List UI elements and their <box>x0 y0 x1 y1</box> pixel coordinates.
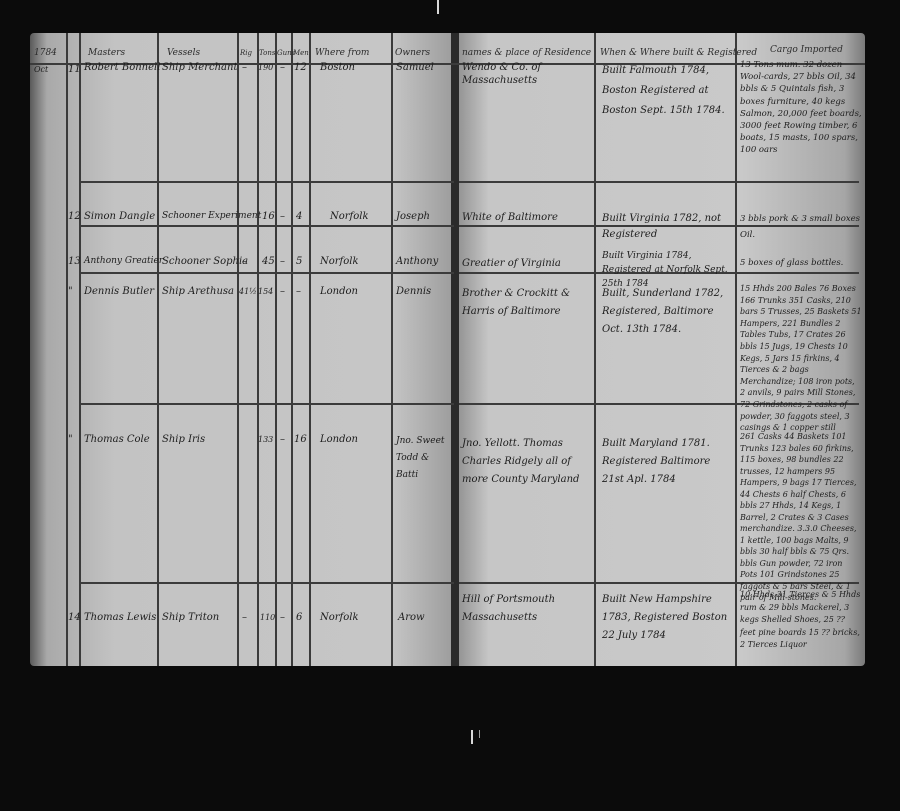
row4-built: Built, Sunderland 1782, Registered, Balt… <box>602 285 732 339</box>
row2-cargo: 3 bbls pork & 3 small boxes Oil. <box>740 211 862 243</box>
header-vessels: Vessels <box>167 47 200 60</box>
header-rig: Rig <box>240 47 252 60</box>
book-gutter <box>451 33 459 666</box>
rule <box>79 33 81 666</box>
row-rule <box>79 272 454 274</box>
row2-built: Built Virginia 1782, not Registered <box>602 211 732 243</box>
row2-day: 12 <box>68 210 81 223</box>
row4-cargo: 15 Hhds 200 Bales 76 Boxes 166 Trunks 35… <box>740 283 862 434</box>
row3-master: Anthony Greatier <box>84 255 163 268</box>
row3-day: 13 <box>68 255 81 268</box>
row1-day: 11 <box>68 63 81 76</box>
row3-from: Norfolk <box>320 255 359 268</box>
row4-residence: Brother & Crockitt & Harris of Baltimore <box>462 285 592 321</box>
row1-guns: – <box>280 61 285 74</box>
row6-guns: – <box>280 611 285 624</box>
row5-from: London <box>320 433 358 446</box>
row2-residence: White of Baltimore <box>462 211 592 224</box>
row6-from: Norfolk <box>320 611 359 624</box>
header-owners: Owners <box>395 47 430 60</box>
row4-tons: 154 <box>258 285 273 298</box>
row6-built: Built New Hampshire 1783, Registered Bos… <box>602 591 732 645</box>
row5-guns: – <box>280 433 285 446</box>
row1-tons: 190 <box>258 61 273 74</box>
row6-vessel: Ship Triton <box>162 611 219 624</box>
row4-guns: – <box>280 285 285 298</box>
row2-tons: 16 <box>262 210 275 223</box>
row4-rig: 41½ <box>239 285 257 298</box>
film-mark-bottom <box>471 730 473 744</box>
row5-owner: Jno. Sweet Todd & Batti <box>396 433 448 484</box>
header-date: 1784 <box>34 47 57 60</box>
row6-tons: 110 <box>260 611 275 624</box>
row1-vessel: Ship Merchant <box>162 61 237 74</box>
row3-owner: Anthony <box>396 255 438 268</box>
row1-from: Boston <box>320 61 355 74</box>
row6-owner: Arow <box>398 611 425 624</box>
row3-cargo: 5 boxes of glass bottles. <box>740 257 862 269</box>
rule <box>275 33 277 666</box>
row5-built: Built Maryland 1781. Registered Baltimor… <box>602 435 732 489</box>
row4-vessel: Ship Arethusa <box>162 285 234 298</box>
header-men: Men <box>293 47 309 60</box>
film-mark-top <box>437 0 439 14</box>
row2-men: 4 <box>296 210 302 223</box>
row1-cargo: 13 Tons mum. 32 dozen Wool-cards, 27 bbl… <box>740 59 862 157</box>
row5-men: 16 <box>294 433 307 446</box>
row1-rig: – <box>242 61 247 74</box>
rule <box>735 33 737 666</box>
row6-men: 6 <box>296 611 302 624</box>
row2-owner: Joseph <box>396 210 430 223</box>
row5-tons: 133 <box>258 433 273 446</box>
row2-master: Simon Dangle <box>84 210 155 223</box>
row-rule <box>79 181 454 183</box>
rule <box>594 33 596 666</box>
row3-men: 5 <box>296 255 302 268</box>
row5-master: Thomas Cole <box>84 433 150 446</box>
row6-cargo: 10 Hhds 31 Tierces & 5 Hhds rum & 29 bbl… <box>740 589 862 652</box>
rule <box>157 33 159 666</box>
row2-guns: – <box>280 210 285 223</box>
row4-from: London <box>320 285 358 298</box>
row4-men: – <box>296 285 301 298</box>
ledger-book: 1784 Masters Vessels Rig Tons Guns Men W… <box>30 33 865 666</box>
row3-rig: – <box>242 255 247 268</box>
row1-master: Robert Bonnell <box>84 61 160 74</box>
header-tons: Tons <box>259 47 275 60</box>
row1-residence: Wendo & Co. of Massachusetts <box>462 61 592 87</box>
header-built-registered: When & Where built & Registered <box>600 47 757 60</box>
rule <box>309 33 311 666</box>
row5-cargo: 261 Casks 44 Baskets 101 Trunks 123 bale… <box>740 431 862 604</box>
rule <box>391 33 393 666</box>
row2-vessel: Schooner Experiment <box>162 210 261 223</box>
row3-vessel: Schooner Sophia <box>162 255 248 268</box>
rule <box>257 33 259 666</box>
rule <box>66 33 68 666</box>
row2-from: Norfolk <box>330 210 369 223</box>
rule <box>237 33 239 666</box>
row4-master: Dennis Butler <box>84 285 154 298</box>
row4-owner: Dennis <box>396 285 431 298</box>
header-masters: Masters <box>88 47 125 60</box>
row3-guns: – <box>280 255 285 268</box>
row4-day: " <box>68 285 73 298</box>
film-mark-bottom-2 <box>479 730 480 738</box>
row6-day: 14 <box>68 611 81 624</box>
row3-tons: 45 <box>262 255 275 268</box>
row1-built: Built Falmouth 1784, Boston Registered a… <box>602 61 732 121</box>
row1-date: Oct <box>34 63 48 76</box>
row5-vessel: Ship Iris <box>162 433 205 446</box>
row5-residence: Jno. Yellott. Thomas Charles Ridgely all… <box>462 435 592 489</box>
row5-day: " <box>68 433 73 446</box>
row1-men: 12 <box>294 61 307 74</box>
rule <box>291 33 293 666</box>
header-where-from: Where from <box>315 47 369 60</box>
header-cargo: Cargo Imported <box>770 44 843 57</box>
row6-residence: Hill of Portsmouth Massachusetts <box>462 591 592 627</box>
row-rule <box>459 181 859 183</box>
row3-residence: Greatier of Virginia <box>462 257 592 270</box>
row-rule <box>79 403 454 405</box>
header-residence: names & place of Residence <box>462 47 591 60</box>
row6-master: Thomas Lewis <box>84 611 156 624</box>
row1-owner: Samuel <box>396 61 434 74</box>
row-rule <box>79 225 454 227</box>
row-rule <box>79 582 454 584</box>
row6-rig: – <box>242 611 247 624</box>
